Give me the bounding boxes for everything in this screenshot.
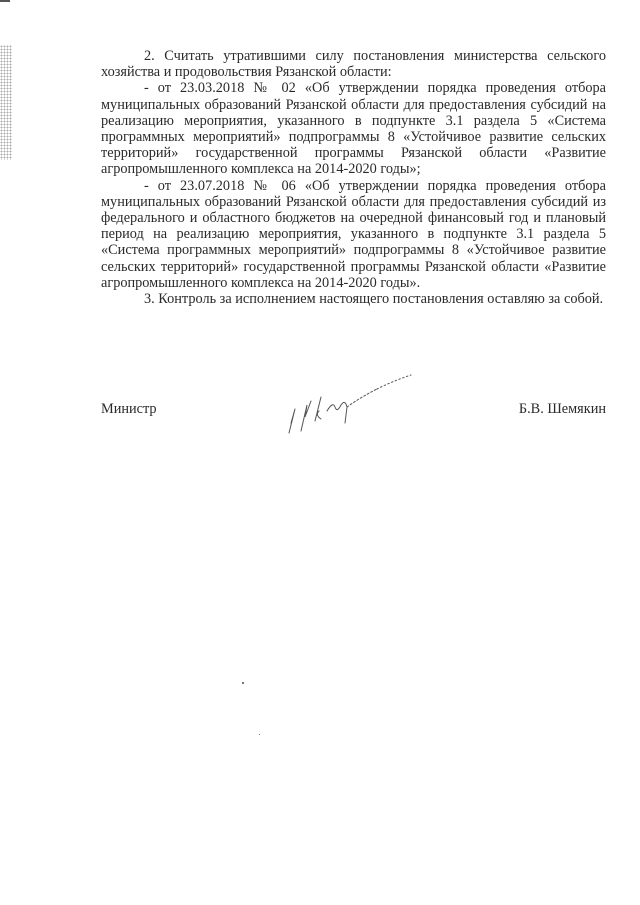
- paragraph-repeal-item-1: - от 23.03.2018 № 02 «Об утверждении пор…: [101, 80, 606, 177]
- scan-speck: [242, 682, 244, 684]
- paragraph-repeal-item-2: - от 23.07.2018 № 06 «Об утверждении пор…: [101, 178, 606, 291]
- paragraph-control-clause: 3. Контроль за исполнением настоящего по…: [101, 291, 606, 307]
- document-page: 2. Считать утратившими силу постановлени…: [0, 0, 640, 905]
- scan-artifact-top: [0, 0, 10, 2]
- document-body: 2. Считать утратившими силу постановлени…: [101, 48, 606, 307]
- signatory-title: Министр: [101, 401, 157, 418]
- handwritten-signature-icon: [281, 371, 421, 441]
- signature-block: Министр Б.В. Шемякин: [101, 395, 606, 435]
- paragraph-repeal-clause: 2. Считать утратившими силу постановлени…: [101, 48, 606, 80]
- signatory-name: Б.В. Шемякин: [519, 401, 606, 418]
- scan-artifact-edge: [0, 45, 12, 160]
- scan-speck: [259, 734, 260, 735]
